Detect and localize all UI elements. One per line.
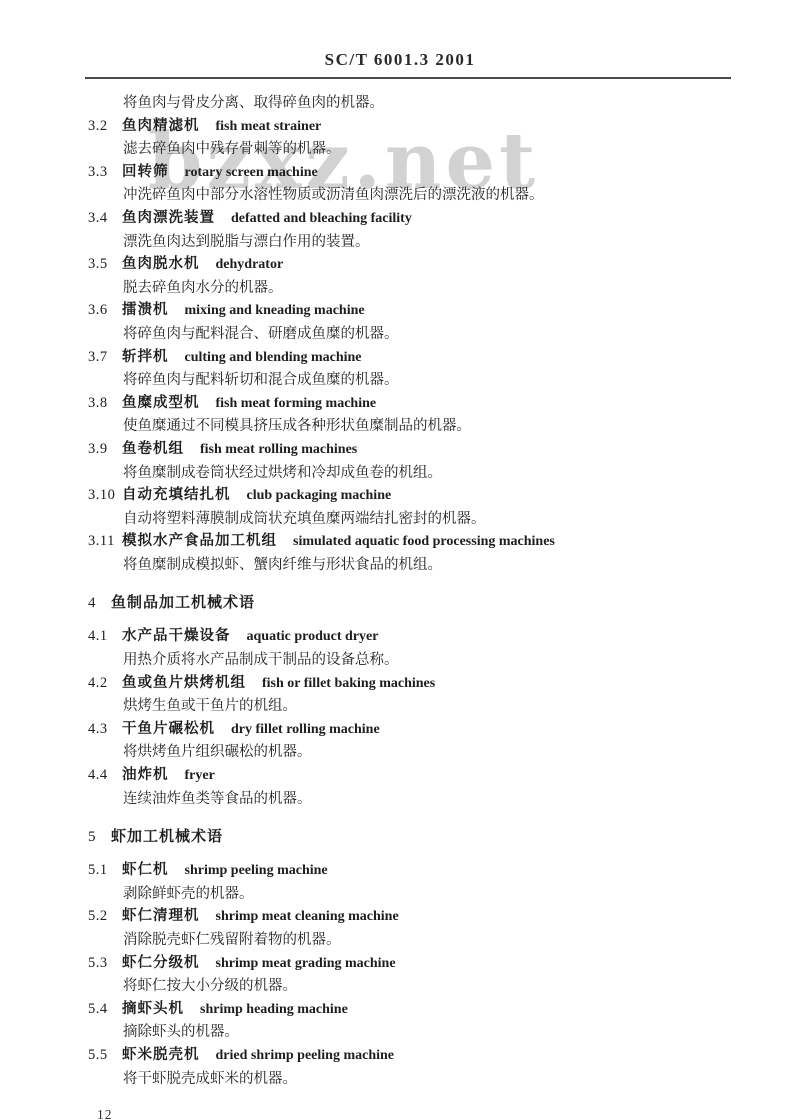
term-entry: 3.9鱼卷机组fish meat rolling machines xyxy=(88,438,800,462)
term-number: 5.2 xyxy=(88,905,122,928)
section-title: 鱼制品加工机械术语 xyxy=(111,595,255,611)
term-chinese: 鱼或鱼片烘烤机组 xyxy=(122,675,246,691)
term-english: dried shrimp peeling machine xyxy=(216,1048,395,1063)
document-body: 将鱼肉与骨皮分离、取得碎鱼肉的机器。 3.2鱼肉精滤机fish meat str… xyxy=(0,79,800,1120)
term-definition: 连续油炸鱼类等食品的机器。 xyxy=(123,788,800,811)
section-title: 虾加工机械术语 xyxy=(111,829,223,845)
term-number: 3.7 xyxy=(88,346,122,369)
term-number: 3.4 xyxy=(88,207,122,230)
term-chinese: 虾仁机 xyxy=(122,862,169,878)
term-entry: 4.3干鱼片碾松机dry fillet rolling machine xyxy=(88,718,800,742)
standard-number-header: SC/T 6001.3 2001 xyxy=(0,0,800,70)
term-definition: 脱去碎鱼肉水分的机器。 xyxy=(123,277,800,300)
term-definition: 将碎鱼肉与配料斩切和混合成鱼糜的机器。 xyxy=(123,369,800,392)
term-entry: 3.10自动充填结扎机club packaging machine xyxy=(88,484,800,508)
term-definition: 将碎鱼肉与配料混合、研磨成鱼糜的机器。 xyxy=(123,323,800,346)
term-english: club packaging machine xyxy=(247,488,392,503)
term-chinese: 鱼肉脱水机 xyxy=(122,256,200,272)
term-chinese: 油炸机 xyxy=(122,767,169,783)
term-definition: 冲洗碎鱼肉中部分水溶性物质或沥清鱼肉漂洗后的漂洗液的机器。 xyxy=(123,184,800,207)
term-chinese: 摘虾头机 xyxy=(122,1001,184,1017)
term-number: 3.6 xyxy=(88,299,122,322)
term-entry: 3.6擂溃机mixing and kneading machine xyxy=(88,299,800,323)
term-english: rotary screen machine xyxy=(185,165,318,180)
term-number: 4.3 xyxy=(88,718,122,741)
term-definition: 自动将塑料薄膜制成筒状充填鱼糜两端结扎密封的机器。 xyxy=(123,508,800,531)
term-english: fish meat forming machine xyxy=(216,396,377,411)
term-definition: 将虾仁按大小分级的机器。 xyxy=(123,975,800,998)
term-chinese: 虾仁分级机 xyxy=(122,955,200,971)
term-english: mixing and kneading machine xyxy=(185,303,365,318)
term-chinese: 水产品干燥设备 xyxy=(122,628,231,644)
term-english: dry fillet rolling machine xyxy=(231,722,380,737)
term-english: simulated aquatic food processing machin… xyxy=(293,534,555,549)
page-number: 12 xyxy=(97,1107,800,1120)
term-definition: 消除脱壳虾仁残留附着物的机器。 xyxy=(123,929,800,952)
term-definition: 剥除鲜虾壳的机器。 xyxy=(123,883,800,906)
term-entry: 3.4鱼肉漂洗装置defatted and bleaching facility xyxy=(88,207,800,231)
term-chinese: 鱼糜成型机 xyxy=(122,395,200,411)
term-number: 5.3 xyxy=(88,952,122,975)
term-english: defatted and bleaching facility xyxy=(231,211,412,226)
term-english: shrimp heading machine xyxy=(200,1002,348,1017)
term-entry: 4.4油炸机fryer xyxy=(88,764,800,788)
section-heading-fish-products: 4鱼制品加工机械术语 xyxy=(88,591,800,612)
term-number: 5.5 xyxy=(88,1044,122,1067)
section-heading-shrimp-processing: 5虾加工机械术语 xyxy=(88,825,800,846)
term-entry: 4.2鱼或鱼片烘烤机组fish or fillet baking machine… xyxy=(88,672,800,696)
term-chinese: 模拟水产食品加工机组 xyxy=(122,533,277,549)
section-number: 5 xyxy=(88,829,111,846)
term-chinese: 虾米脱壳机 xyxy=(122,1047,200,1063)
term-definition: 滤去碎鱼肉中残存骨刺等的机器。 xyxy=(123,138,800,161)
term-entry: 5.4摘虾头机shrimp heading machine xyxy=(88,998,800,1022)
term-english: fish meat rolling machines xyxy=(200,442,357,457)
term-number: 4.4 xyxy=(88,764,122,787)
term-english: fish or fillet baking machines xyxy=(262,676,435,691)
term-definition: 将干虾脱壳成虾米的机器。 xyxy=(123,1068,800,1091)
term-english: aquatic product dryer xyxy=(247,629,379,644)
term-number: 3.3 xyxy=(88,161,122,184)
term-definition: 用热介质将水产品制成干制品的设备总称。 xyxy=(123,649,800,672)
term-number: 3.11 xyxy=(88,530,122,553)
page-content: SC/T 6001.3 2001 将鱼肉与骨皮分离、取得碎鱼肉的机器。 3.2鱼… xyxy=(0,0,800,1120)
term-number: 4.2 xyxy=(88,672,122,695)
term-chinese: 斩拌机 xyxy=(122,349,169,365)
term-entry: 5.1虾仁机shrimp peeling machine xyxy=(88,859,800,883)
term-number: 4.1 xyxy=(88,625,122,648)
term-number: 5.4 xyxy=(88,998,122,1021)
term-definition: 烘烤生鱼或干鱼片的机组。 xyxy=(123,695,800,718)
term-number: 5.1 xyxy=(88,859,122,882)
intro-definition: 将鱼肉与骨皮分离、取得碎鱼肉的机器。 xyxy=(123,92,800,115)
term-entry: 5.2虾仁清理机shrimp meat cleaning machine xyxy=(88,905,800,929)
section-number: 4 xyxy=(88,595,111,612)
term-chinese: 回转筛 xyxy=(122,164,169,180)
term-english: shrimp meat grading machine xyxy=(216,956,396,971)
document-page: bzxz.net SC/T 6001.3 2001 将鱼肉与骨皮分离、取得碎鱼肉… xyxy=(0,0,800,1120)
term-definition: 摘除虾头的机器。 xyxy=(123,1021,800,1044)
term-chinese: 自动充填结扎机 xyxy=(122,487,231,503)
term-english: shrimp peeling machine xyxy=(185,863,328,878)
term-entry: 4.1水产品干燥设备aquatic product dryer xyxy=(88,625,800,649)
term-definition: 漂洗鱼肉达到脱脂与漂白作用的装置。 xyxy=(123,231,800,254)
term-chinese: 虾仁清理机 xyxy=(122,908,200,924)
term-english: culting and blending machine xyxy=(185,350,362,365)
term-entry: 5.3虾仁分级机shrimp meat grading machine xyxy=(88,952,800,976)
term-entry: 3.2鱼肉精滤机fish meat strainer xyxy=(88,115,800,139)
term-number: 3.8 xyxy=(88,392,122,415)
term-number: 3.10 xyxy=(88,484,122,507)
term-number: 3.5 xyxy=(88,253,122,276)
term-entry: 3.5鱼肉脱水机dehydrator xyxy=(88,253,800,277)
term-definition: 使鱼糜通过不同模具挤压成各种形状鱼糜制品的机器。 xyxy=(123,415,800,438)
term-definition: 将鱼糜制成卷筒状经过烘烤和冷却成鱼卷的机组。 xyxy=(123,462,800,485)
term-english: fish meat strainer xyxy=(216,119,322,134)
term-chinese: 干鱼片碾松机 xyxy=(122,721,215,737)
term-entry: 3.7斩拌机culting and blending machine xyxy=(88,346,800,370)
term-number: 3.2 xyxy=(88,115,122,138)
term-chinese: 鱼卷机组 xyxy=(122,441,184,457)
term-entry: 3.11模拟水产食品加工机组simulated aquatic food pro… xyxy=(88,530,800,554)
term-definition: 将烘烤鱼片组织碾松的机器。 xyxy=(123,741,800,764)
term-entry: 3.3回转筛rotary screen machine xyxy=(88,161,800,185)
term-chinese: 鱼肉精滤机 xyxy=(122,118,200,134)
term-definition: 将鱼糜制成模拟虾、蟹肉纤维与形状食品的机组。 xyxy=(123,554,800,577)
term-chinese: 鱼肉漂洗装置 xyxy=(122,210,215,226)
term-english: dehydrator xyxy=(216,257,284,272)
term-number: 3.9 xyxy=(88,438,122,461)
term-chinese: 擂溃机 xyxy=(122,302,169,318)
term-english: fryer xyxy=(185,768,215,783)
term-english: shrimp meat cleaning machine xyxy=(216,909,399,924)
term-entry: 3.8鱼糜成型机fish meat forming machine xyxy=(88,392,800,416)
term-entry: 5.5虾米脱壳机dried shrimp peeling machine xyxy=(88,1044,800,1068)
